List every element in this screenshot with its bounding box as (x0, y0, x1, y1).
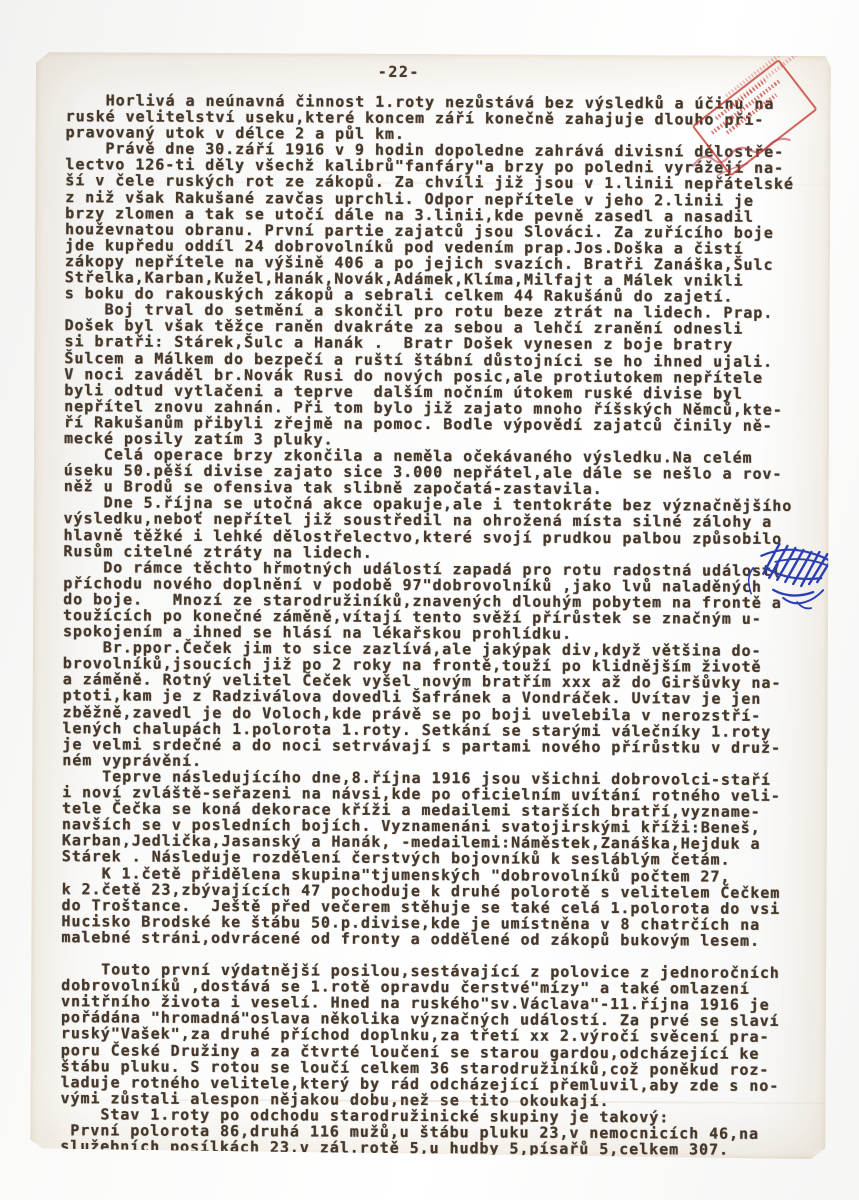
document-page: -22- Horlivá a neúnavná činnost 1.roty n… (30, 52, 831, 1159)
text-line: služebních posílkách 23,v zál.rotě 5,u h… (60, 1138, 811, 1158)
page-number: -22- (354, 63, 444, 81)
text-line: malebné stráni,odvrácené od fronty a odd… (61, 929, 812, 949)
scanned-page-background: -22- Horlivá a neúnavná činnost 1.roty n… (0, 0, 859, 1200)
stamp-illegible-text-line (711, 79, 781, 135)
typewritten-text: Horlivá a neúnavná činnost 1.roty nezůst… (60, 92, 817, 1159)
